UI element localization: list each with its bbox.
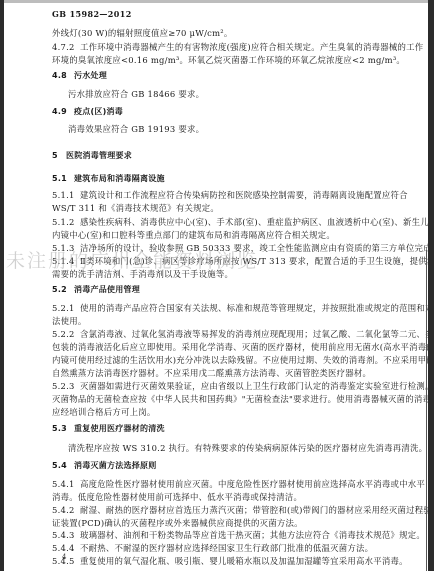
clause-5-2-1: 5.2.1使用的消毒产品应符合国家有关法规、标准和规范等管理规定，并按照批准或规… [52,303,434,313]
section-heading-5-4: 5.4消毒灭菌方法选择原则 [52,461,157,471]
clause-5-1-2-cont: 内镜中心(室)和口腔科等重点部门的建筑布局和消毒隔离应符合相关规定。 [52,230,335,240]
paragraph-line: 环境的臭氧浓度应<0.16 mg/m³。环氧乙烷灭菌器工作环境的环氧乙烷浓度应<… [52,55,405,65]
clause-5-1-3: 5.1.3洁净场所的设计、验收参照 GB 50333 要求，竣工全性能监测应由有… [52,243,434,253]
clause-5-1-4: 5.1.4Ⅱ类环境和门(急)诊、病区等诊疗场所应按 WS/T 313 要求，配置… [52,256,434,266]
clause-5-2-2: 5.2.2含氯消毒液、过氧化氢消毒液等易挥发的消毒剂应现配现用；过氧乙酸、二氧化… [52,329,434,339]
clause-5-2-3-cont: 应经培训合格后方可上岗。 [52,407,156,417]
clause-5-2-3-cont: 灭菌物品的无菌检查应按《中华人民共和国药典》"无菌检查法"要求进行。使用消毒器械… [52,394,434,404]
section-heading-4-9: 4.9疫点(区)消毒 [52,107,123,117]
section-body-4-9: 消毒效果应符合 GB 19193 要求。 [68,124,204,134]
clause-5-1-1: 5.1.1建筑设计和工作流程应符合传染病防控和医院感染控制需要，消毒隔离设施配置… [52,190,408,200]
clause-5-4-3: 5.4.3玻璃器材、油剂和干粉类物品等应首选干热灭菌；其他方法应符合《消毒技术规… [52,530,425,540]
section-body-5-3: 清洗程序应按 WS 310.2 执行。有特殊要求的传染病病原体污染的医疗器材应先… [68,443,427,453]
paragraph-line: 外线灯(30 W)的辐射照度值应≥70 μW/cm²。 [52,28,233,38]
clause-number: 4.7.2 [52,42,80,52]
clause-5-2-2-cont: 自然熏蒸方法消毒医疗器材。不应采用戊二醛熏蒸方法消毒、灭菌管腔类医疗器材。 [52,368,371,378]
clause-5-4-5: 5.4.5重复使用的氧气湿化瓶、吸引瓶、婴儿暖箱水瓶以及加温加湿罐等宜采用高水平… [52,556,408,566]
document-page: GB 15982—2012 外线灯(30 W)的辐射照度值应≥70 μW/cm²… [4,0,428,571]
clause-text: 工作环境中消毒器械产生的有害物浓度(强度)应符合相关规定。产生臭氧的消毒器械的工… [80,42,423,52]
clause-5-4-1-cont: 消毒。低度危险性器材使用前可选择中、低水平消毒或保持清洁。 [52,492,302,502]
clause-5-1-1-cont: WS/T 311 和《消毒技术规范》有关规定。 [52,203,219,213]
section-heading-5-2: 5.2消毒产品使用管理 [52,285,140,295]
section-body-4-8: 污水排放应符合 GB 18466 要求。 [68,89,204,99]
section-heading-5-1: 5.1建筑布局和消毒隔离设施 [52,174,165,184]
clause-4-7-2: 4.7.2工作环境中消毒器械产生的有害物浓度(强度)应符合相关规定。产生臭氧的消… [52,42,423,52]
clause-5-4-4: 5.4.4不耐热、不耐湿的医疗器材应选择经国家卫生行政部门批准的低温灭菌方法。 [52,543,373,553]
clause-5-2-2-cont: 内镜可使用经过滤的生活饮用水)充分冲洗以去除残留。不应使用过期、失效的消毒剂。不… [52,355,434,365]
clause-5-2-2-cont: 包装的消毒液活化后应立即使用。采用化学消毒、灭菌的医疗器材，使用前应用无菌水(高… [52,342,434,352]
clause-5-2-1-cont: 法使用。 [52,316,87,326]
section-heading-5-3: 5.3重复使用医疗器材的清洗 [52,424,165,434]
clause-5-1-4-cont: 需要的洗手清洁剂、手消毒剂以及干手设施等。 [52,269,233,279]
section-heading-4-8: 4.8污水处理 [52,71,107,81]
clause-5-1-2: 5.1.2感染性疾病科、消毒供应中心(室)、手术部(室)、重症监护病区、血液透析… [52,217,434,227]
scrollbar-track[interactable] [426,250,427,571]
standard-id-header: GB 15982—2012 [52,9,132,19]
chapter-heading-5: 5医院消毒管理要求 [52,151,132,161]
clause-5-2-3: 5.2.3灭菌器如需进行灭菌效果验证，应由省级以上卫生行政部门认定的消毒鉴定实验… [52,381,434,391]
clause-5-4-1: 5.4.1高度危险性医疗器材使用前应灭菌。中度危险性医疗器材使用前应选择高水平消… [52,479,425,489]
page-number: 4 [62,553,66,561]
clause-5-4-2-cont: 证装置(PCD)确认的灭菌程序或外来器械供应商提供的灭菌方法。 [52,518,303,528]
clause-5-4-2: 5.4.2耐湿、耐热的医疗器材应首选压力蒸汽灭菌；带管腔和(或)带阀门的器材应采… [52,505,432,515]
viewer-right-border [428,0,434,571]
